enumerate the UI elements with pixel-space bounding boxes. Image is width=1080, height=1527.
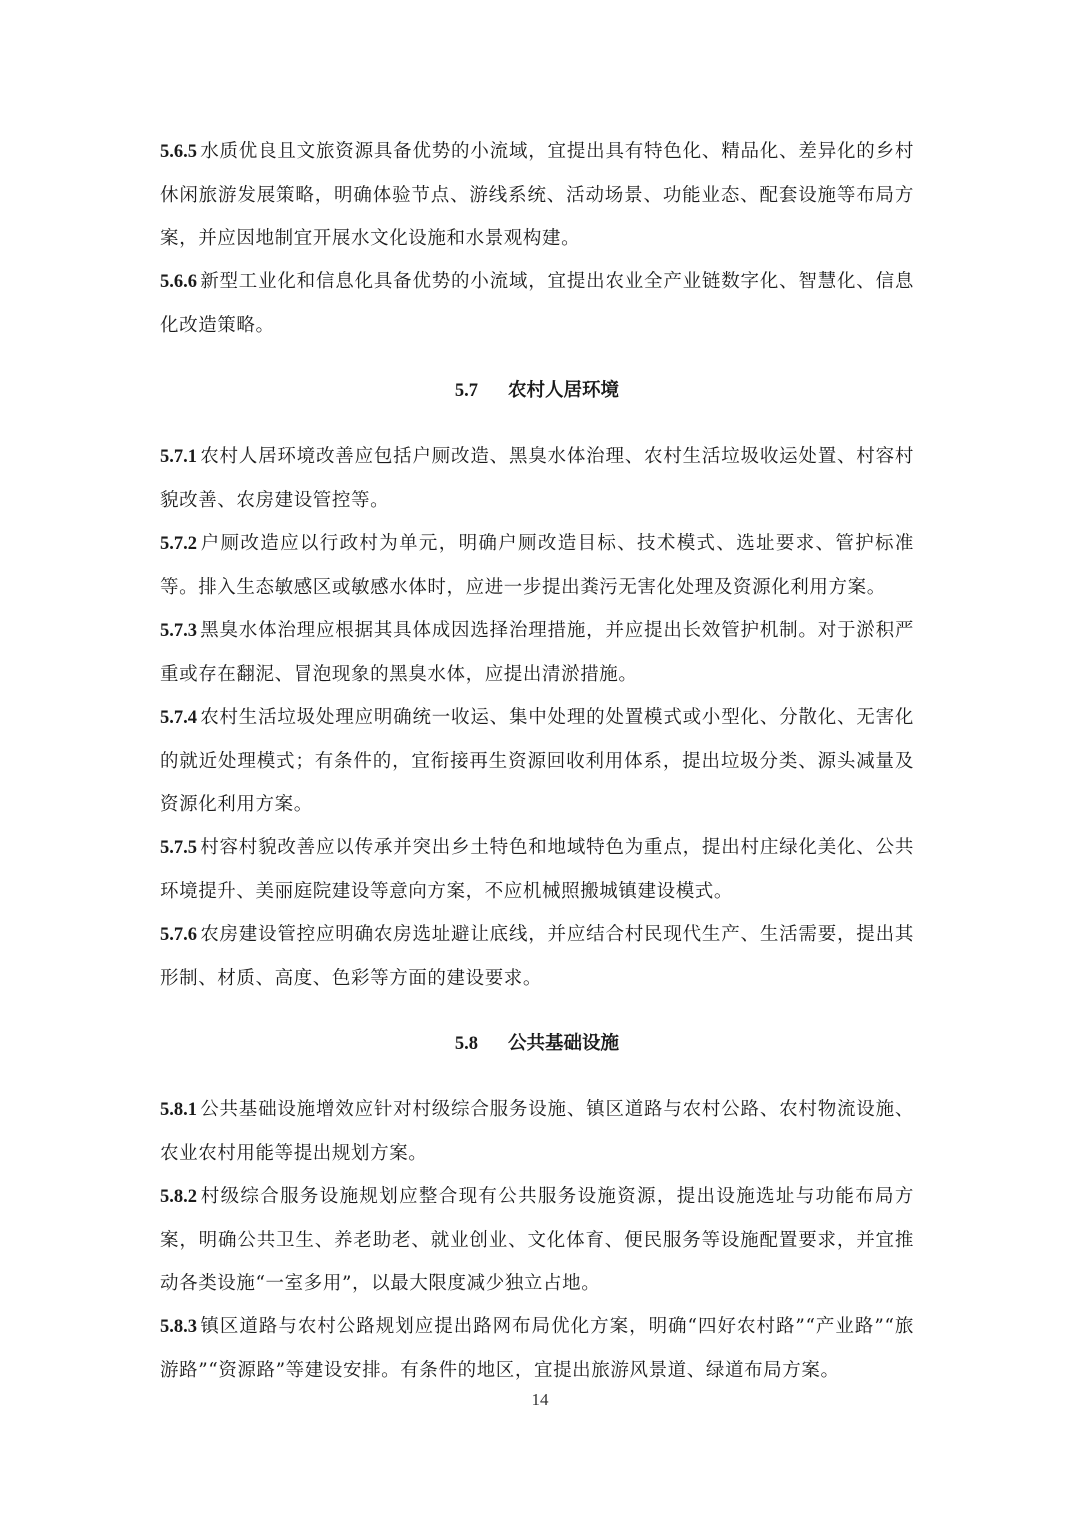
clause-5-7-5: 5.7.5村容村貌改善应以传承并突出乡土特色和地域特色为重点，提出村庄绿化美化、… [160,826,914,913]
clause-5-7-2: 5.7.2户厕改造应以行政村为单元，明确户厕改造目标、技术模式、选址要求、管护标… [160,522,914,609]
clause-5-7-3: 5.7.3黑臭水体治理应根据其具体成因选择治理措施，并应提出长效管护机制。对于淤… [160,609,914,696]
section-heading-5-8: 5.8公共基础设施 [160,1022,914,1066]
section-heading-5-7: 5.7农村人居环境 [160,369,914,413]
clause-5-7-4: 5.7.4农村生活垃圾处理应明确统一收运、集中处理的处置模式或小型化、分散化、无… [160,696,914,826]
clause-5-8-2: 5.8.2村级综合服务设施规划应整合现有公共服务设施资源，提出设施选址与功能布局… [160,1175,914,1305]
clause-5-7-6: 5.7.6农房建设管控应明确农房选址避让底线，并应结合村民现代生产、生活需要，提… [160,913,914,1000]
clause-5-8-3: 5.8.3镇区道路与农村公路规划应提出路网布局优化方案，明确“四好农村路”“产业… [160,1305,914,1392]
clause-5-8-1: 5.8.1公共基础设施增效应针对村级综合服务设施、镇区道路与农村公路、农村物流设… [160,1088,914,1175]
document-page: 5.6.5水质优良且文旅资源具备优势的小流域，宜提出具有特色化、精品化、差异化的… [160,130,914,1392]
clause-5-6-5: 5.6.5水质优良且文旅资源具备优势的小流域，宜提出具有特色化、精品化、差异化的… [160,130,914,260]
clause-5-6-6: 5.6.6新型工业化和信息化具备优势的小流域，宜提出农业全产业链数字化、智慧化、… [160,260,914,347]
page-number: 14 [0,1390,1080,1410]
clause-5-7-1: 5.7.1农村人居环境改善应包括户厕改造、黑臭水体治理、农村生活垃圾收运处置、村… [160,435,914,522]
